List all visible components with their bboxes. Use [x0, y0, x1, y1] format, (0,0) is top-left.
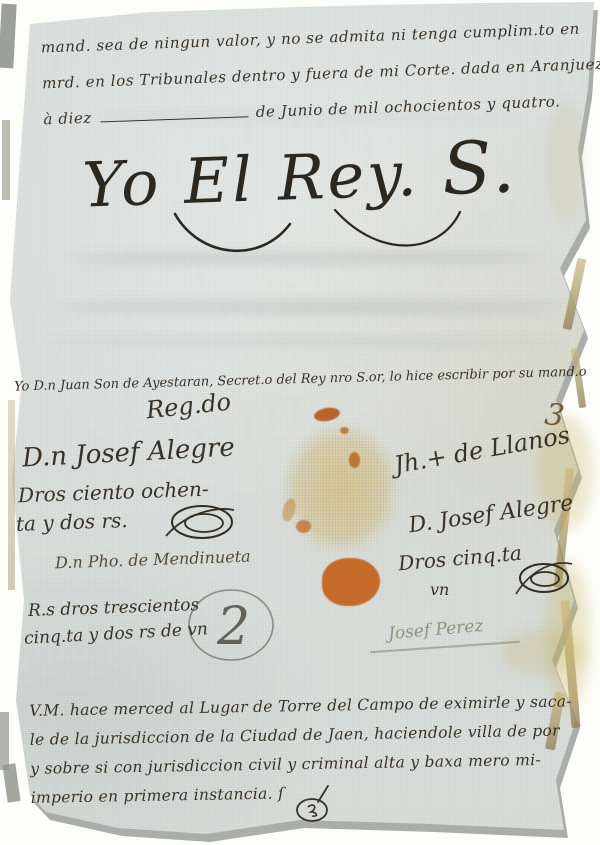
date-day: à diez	[43, 109, 92, 129]
rubric-flourish-icon	[160, 496, 238, 546]
left-edge-crease	[8, 400, 15, 590]
bottom-paraph-icon	[288, 782, 340, 826]
stain-blob	[296, 520, 311, 533]
manuscript-photo: mand. sea de ningun valor, y no se admit…	[0, 0, 600, 845]
fee-number-circle: 2	[185, 584, 277, 666]
fee-annotation-line: ta y dos rs.	[16, 508, 128, 536]
showthrough-streak	[60, 300, 560, 314]
royal-signature-rubric: S.	[441, 124, 520, 211]
stain-blob	[349, 452, 360, 468]
age-stain	[500, 630, 585, 675]
blank-rule	[100, 104, 248, 122]
backdrop-sliver	[0, 4, 17, 69]
fee-annotation-line: vn	[430, 580, 449, 599]
date-rest: de Junio de mil ochocientos y quatro.	[255, 92, 560, 121]
royal-flourish-icon	[150, 206, 470, 266]
rubric-flourish-icon	[512, 552, 574, 600]
backdrop-sliver	[0, 712, 9, 770]
showthrough-streak	[45, 336, 565, 347]
dispositive-text-block: mand. sea de ningun valor, y no se admit…	[40, 11, 583, 138]
backdrop-sliver	[2, 763, 20, 802]
stain-blob	[340, 427, 349, 434]
fee-number: 2	[216, 597, 250, 657]
